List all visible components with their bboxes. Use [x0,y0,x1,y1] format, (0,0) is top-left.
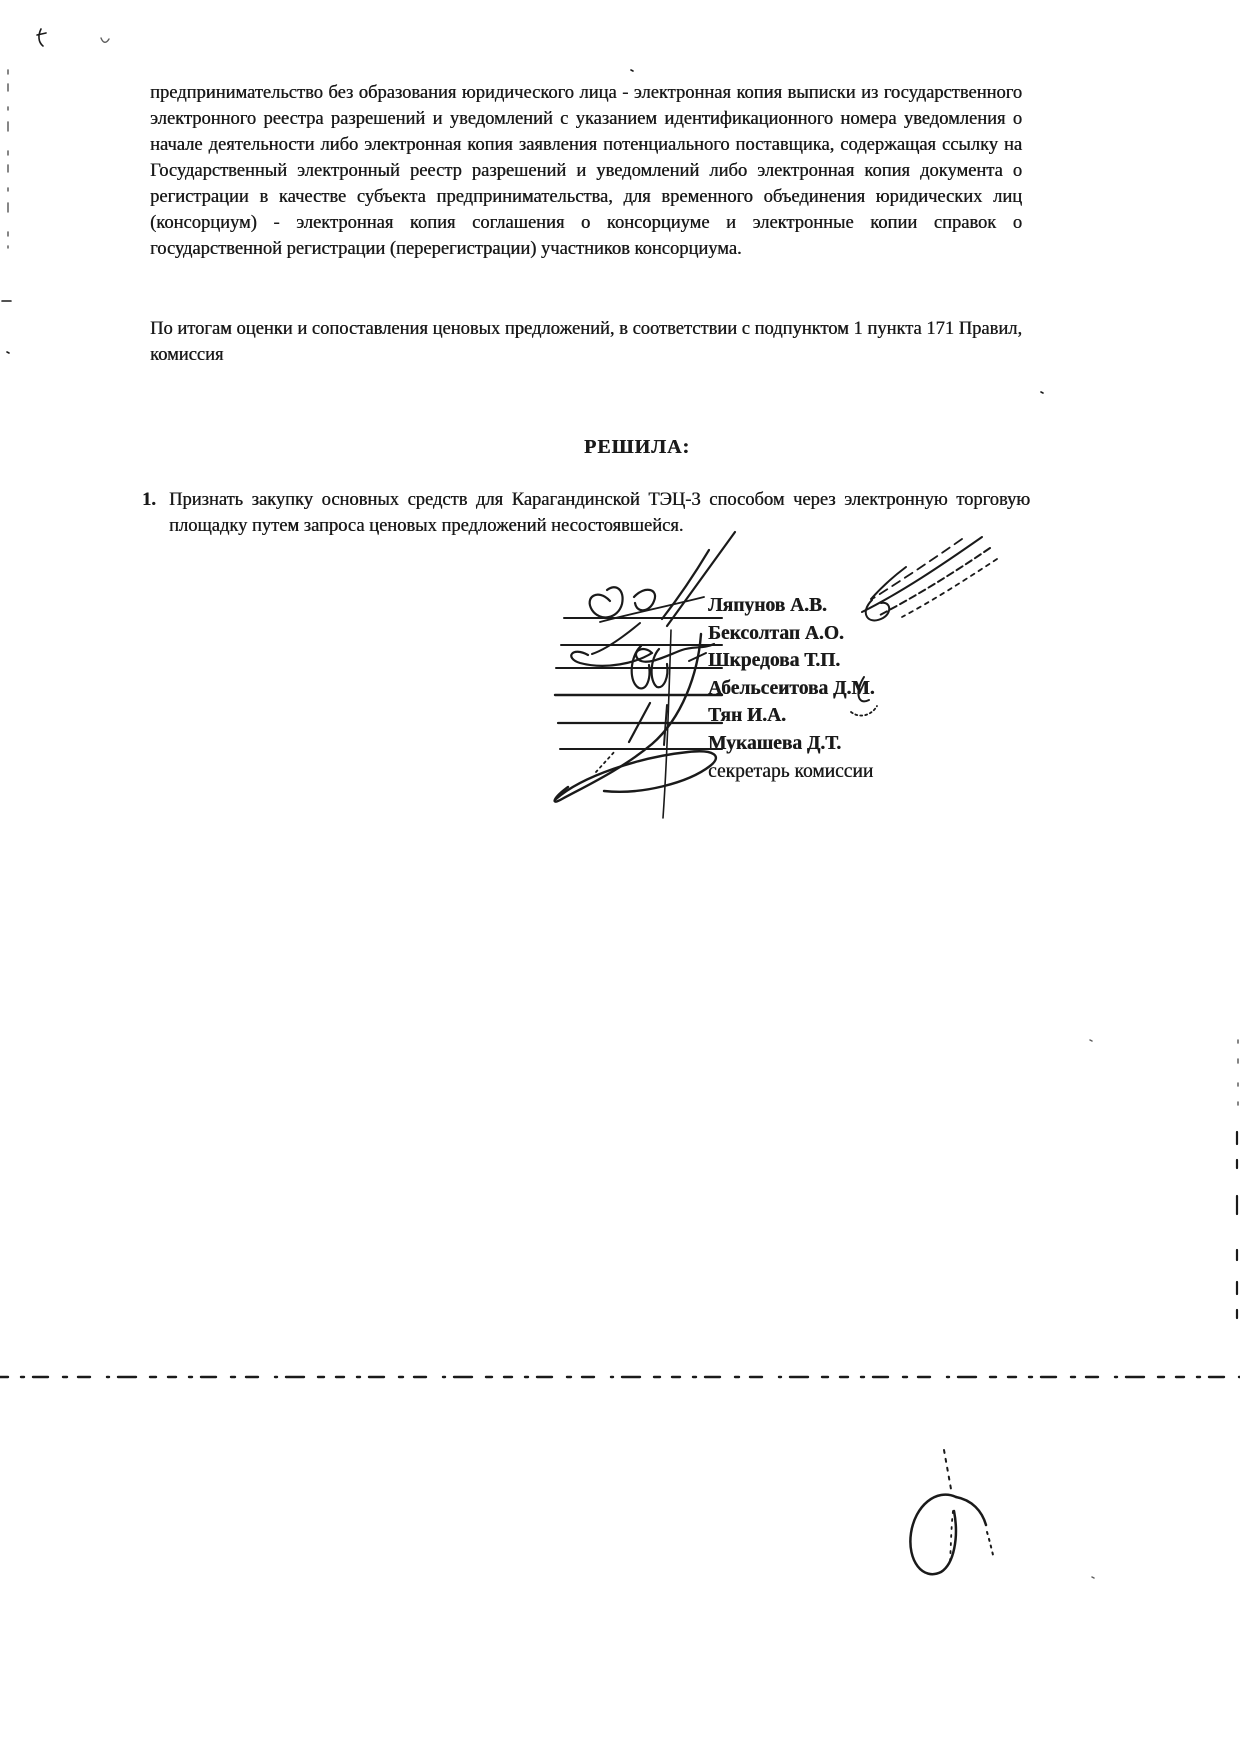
scan-artifact [631,70,633,71]
scan-artifact [7,352,9,353]
signature-stroke [662,550,709,619]
pen-loop-mark [944,1450,951,1489]
signature-stroke [556,751,716,799]
signature-stroke [592,623,640,654]
signature-flourish [851,706,877,716]
pen-loop-mark [956,1497,986,1525]
pen-loop-mark [987,1532,994,1559]
signature-stroke [571,644,714,666]
scan-artifact [1090,1040,1092,1041]
signature-stroke [634,590,655,611]
handwritten-marks-overlay [0,0,1240,1754]
pen-loop-mark [910,1495,956,1575]
signature-stroke [555,634,701,802]
scan-artifact [1041,392,1043,393]
pen-mark [101,38,109,42]
scan-artifact [1092,1577,1094,1578]
signature-flourish [858,677,869,701]
signature-flourish [902,559,997,617]
signature-flourish [871,567,906,599]
signature-stroke [590,587,623,617]
scanned-document-page: предпринимательство без образования юрид… [0,0,1240,1754]
signature-flourish [862,537,982,612]
signature-stroke [667,532,735,626]
pen-mark [37,29,46,46]
